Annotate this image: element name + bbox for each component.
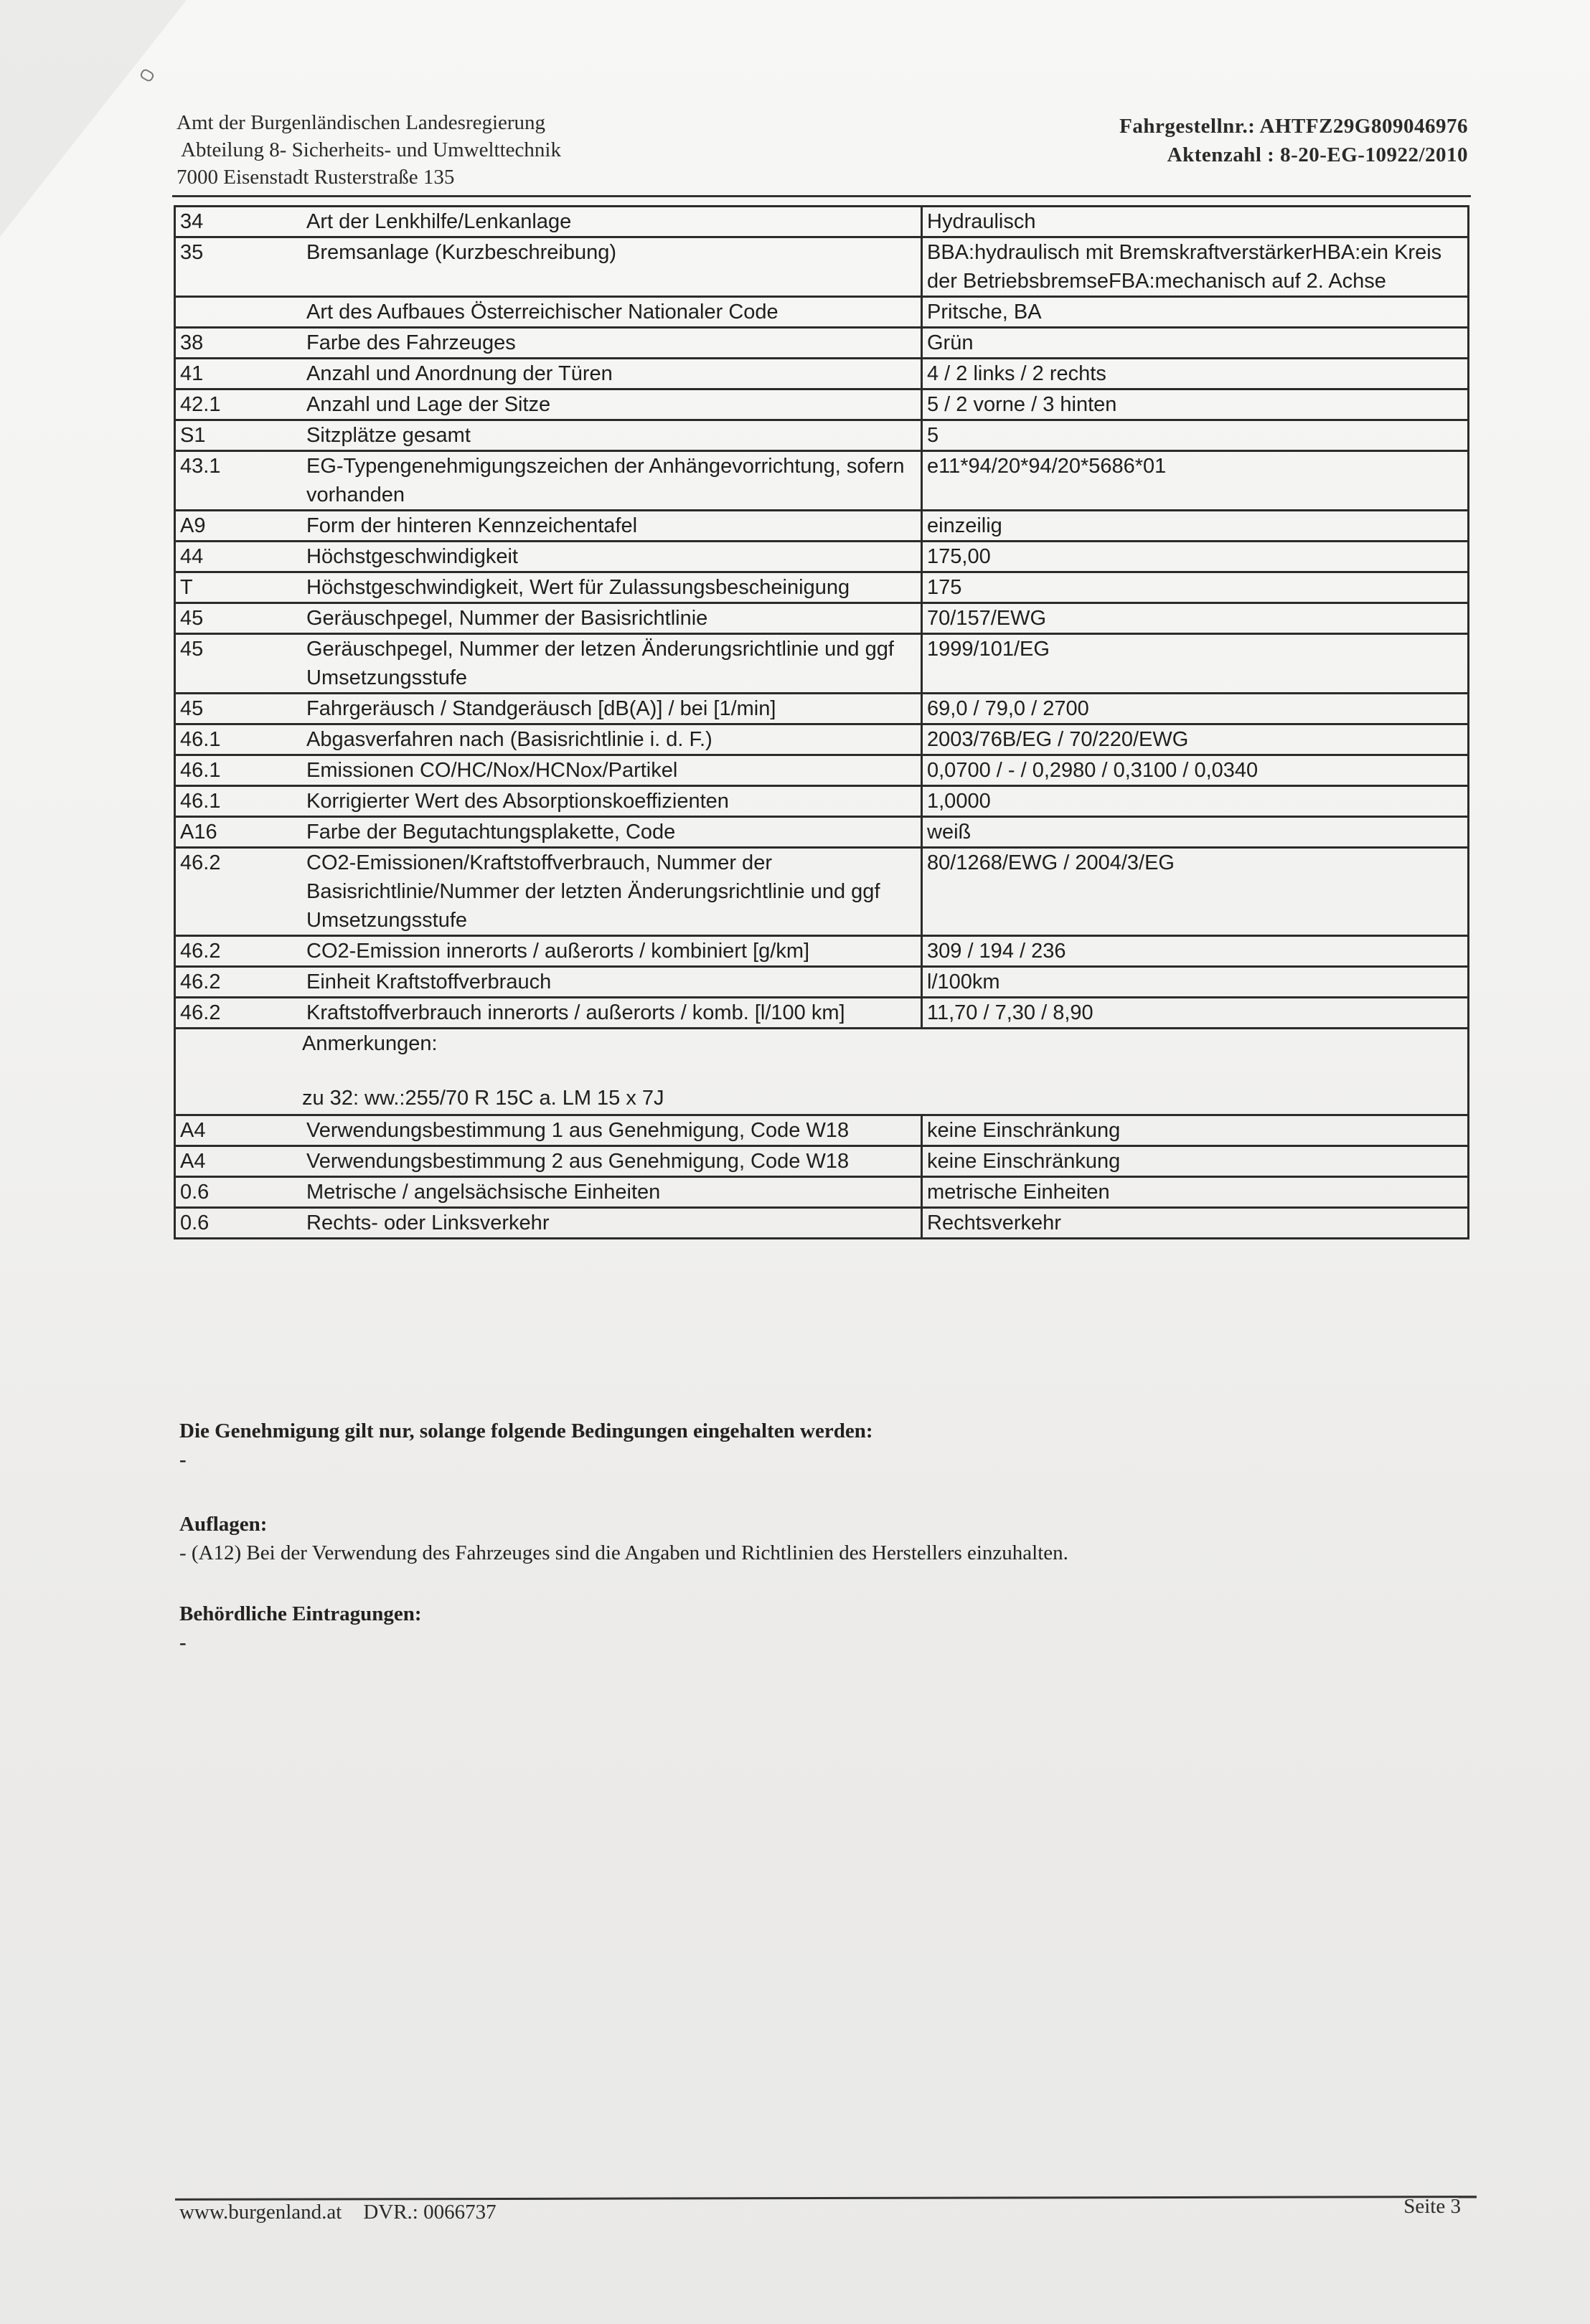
spec-code: 46.1 [175,786,300,817]
spec-rows-after: A4Verwendungsbestimmung 1 aus Genehmigun… [175,1115,1469,1239]
vehicle-spec-table: 34Art der Lenkhilfe/LenkanlageHydraulisc… [174,205,1469,1239]
case-identifiers: Fahrgestellnr.: AHTFZ29G809046976 Aktenz… [1119,112,1468,169]
table-row: 46.1Emissionen CO/HC/Nox/HCNox/Partikel0… [175,755,1469,786]
spec-value: Hydraulisch [922,207,1469,237]
table-row: 46.2CO2-Emissionen/Kraftstoffverbrauch, … [175,848,1469,936]
spec-value: einzeilig [922,511,1469,542]
spec-code: A4 [175,1115,300,1146]
spec-label: Emissionen CO/HC/Nox/HCNox/Partikel [299,755,922,786]
spec-label: Art der Lenkhilfe/Lenkanlage [299,207,922,237]
spec-label: Abgasverfahren nach (Basisrichtlinie i. … [299,724,922,755]
spec-code: 46.2 [175,936,300,967]
spec-label: Höchstgeschwindigkeit, Wert für Zulassun… [299,572,922,603]
conditions-content: - [179,1445,872,1474]
authority-department: Abteilung 8- Sicherheits- und Umwelttech… [177,136,561,164]
spec-code: 42.1 [175,389,300,420]
spec-label: Form der hinteren Kennzeichentafel [299,511,922,542]
table-row: 46.1Abgasverfahren nach (Basisrichtlinie… [175,724,1469,755]
remarks-note: zu 32: ww.:255/70 R 15C a. LM 15 x 7J [302,1084,664,1113]
footer-info: www.burgenland.atDVR.: 0066737 [179,2201,497,2224]
spec-value: keine Einschränkung [922,1146,1469,1177]
spec-code [175,297,300,328]
spec-value: 175,00 [922,542,1469,572]
spec-code: 45 [175,603,300,634]
spec-code: 46.2 [175,998,300,1029]
spec-label: Farbe des Fahrzeuges [299,328,922,359]
spec-label: Höchstgeschwindigkeit [299,542,922,572]
table-row: 42.1Anzahl und Lage der Sitze5 / 2 vorne… [175,389,1469,420]
spec-label: Verwendungsbestimmung 2 aus Genehmigung,… [299,1146,922,1177]
spec-label: CO2-Emissionen/Kraftstoffverbrauch, Numm… [299,848,922,936]
remarks-title: Anmerkungen: [302,1029,1463,1058]
spec-label: Verwendungsbestimmung 1 aus Genehmigung,… [299,1115,922,1146]
spec-code: 35 [175,237,300,297]
spec-code: 46.2 [175,967,300,998]
table-row: 38Farbe des FahrzeugesGrün [175,328,1469,359]
table-row: 45Geräuschpegel, Nummer der Basisrichtli… [175,603,1469,634]
spec-value: 5 [922,420,1469,451]
remarks-cell: Anmerkungen: zu 32: ww.:255/70 R 15C a. … [175,1029,1469,1115]
table-row: A16Farbe der Begutachtungsplakette, Code… [175,817,1469,848]
table-row: A4Verwendungsbestimmung 1 aus Genehmigun… [175,1115,1469,1146]
spec-label: Kraftstoffverbrauch innerorts / außerort… [299,998,922,1029]
table-row: 46.2Einheit Kraftstoffverbrauchl/100km [175,967,1469,998]
spec-label: Fahrgeräusch / Standgeräusch [dB(A)] / b… [299,694,922,724]
table-row: 35Bremsanlage (Kurzbeschreibung)BBA:hydr… [175,237,1469,297]
table-row: Art des Aufbaues Österreichischer Nation… [175,297,1469,328]
spec-value: 175 [922,572,1469,603]
spec-code: 45 [175,634,300,694]
spec-label: Anzahl und Anordnung der Türen [299,359,922,389]
spec-label: CO2-Emission innerorts / außerorts / kom… [299,936,922,967]
spec-value: Pritsche, BA [922,297,1469,328]
spec-rows: 34Art der Lenkhilfe/LenkanlageHydraulisc… [175,207,1469,1029]
requirements-title: Auflagen: [179,1510,1068,1539]
spec-value: metrische Einheiten [922,1177,1469,1208]
official-entries-content: - [179,1628,422,1657]
table-row: THöchstgeschwindigkeit, Wert für Zulassu… [175,572,1469,603]
table-row: 45Geräuschpegel, Nummer der letzen Änder… [175,634,1469,694]
table-row: 0.6Metrische / angelsächsische Einheiten… [175,1177,1469,1208]
spec-value: 309 / 194 / 236 [922,936,1469,967]
spec-label: Geräuschpegel, Nummer der letzen Änderun… [299,634,922,694]
spec-code: 46.1 [175,724,300,755]
spec-label: EG-Typengenehmigungszeichen der Anhängev… [299,451,922,511]
spec-value: 2003/76B/EG / 70/220/EWG [922,724,1469,755]
spec-code: 46.2 [175,848,300,936]
spec-value: 11,70 / 7,30 / 8,90 [922,998,1469,1029]
table-row: A4Verwendungsbestimmung 2 aus Genehmigun… [175,1146,1469,1177]
table-row: S1Sitzplätze gesamt5 [175,420,1469,451]
spec-label: Art des Aufbaues Österreichischer Nation… [299,297,922,328]
spec-value: 70/157/EWG [922,603,1469,634]
spec-value: 80/1268/EWG / 2004/3/EG [922,848,1469,936]
spec-label: Rechts- oder Linksverkehr [299,1208,922,1239]
table-row: 34Art der Lenkhilfe/LenkanlageHydraulisc… [175,207,1469,237]
spec-code: 38 [175,328,300,359]
spec-value: 0,0700 / - / 0,2980 / 0,3100 / 0,0340 [922,755,1469,786]
spec-code: S1 [175,420,300,451]
spec-code: A9 [175,511,300,542]
table-row: 43.1EG-Typengenehmigungszeichen der Anhä… [175,451,1469,511]
spec-label: Sitzplätze gesamt [299,420,922,451]
spec-code: 43.1 [175,451,300,511]
spec-value: Rechtsverkehr [922,1208,1469,1239]
requirements-content: - (A12) Bei der Verwendung des Fahrzeuge… [179,1539,1068,1567]
spec-value: Grün [922,328,1469,359]
table-row: 41Anzahl und Anordnung der Türen4 / 2 li… [175,359,1469,389]
spec-value: BBA:hydraulisch mit Bremskraftverstärker… [922,237,1469,297]
spec-code: A16 [175,817,300,848]
spec-label: Korrigierter Wert des Absorptionskoeffiz… [299,786,922,817]
official-entries-title: Behördliche Eintragungen: [179,1600,422,1628]
table-row: 44Höchstgeschwindigkeit175,00 [175,542,1469,572]
file-number: Aktenzahl : 8-20-EG-10922/2010 [1119,141,1468,169]
table-row: A9Form der hinteren Kennzeichentafeleinz… [175,511,1469,542]
spec-value: 4 / 2 links / 2 rechts [922,359,1469,389]
spec-value: l/100km [922,967,1469,998]
spec-label: Metrische / angelsächsische Einheiten [299,1177,922,1208]
authority-name: Amt der Burgenländischen Landesregierung [177,109,561,136]
remarks-row: Anmerkungen: zu 32: ww.:255/70 R 15C a. … [175,1029,1469,1115]
spec-label: Bremsanlage (Kurzbeschreibung) [299,237,922,297]
spec-label: Anzahl und Lage der Sitze [299,389,922,420]
conditions-section: Die Genehmigung gilt nur, solange folgen… [179,1417,872,1474]
authority-address: Amt der Burgenländischen Landesregierung… [177,109,561,191]
spec-code: 45 [175,694,300,724]
requirements-section: Auflagen: - (A12) Bei der Verwendung des… [179,1510,1068,1567]
header-divider [172,195,1471,197]
spec-code: T [175,572,300,603]
footer-website: www.burgenland.at [179,2201,342,2224]
spec-value: weiß [922,817,1469,848]
spec-label: Einheit Kraftstoffverbrauch [299,967,922,998]
conditions-title: Die Genehmigung gilt nur, solange folgen… [179,1417,872,1445]
page-number: Seite 3 [1403,2195,1461,2219]
spec-code: 41 [175,359,300,389]
spec-code: 44 [175,542,300,572]
table-row: 46.2CO2-Emission innerorts / außerorts /… [175,936,1469,967]
spec-label: Farbe der Begutachtungsplakette, Code [299,817,922,848]
spec-value: 5 / 2 vorne / 3 hinten [922,389,1469,420]
official-entries-section: Behördliche Eintragungen: - [179,1600,422,1657]
spec-code: 46.1 [175,755,300,786]
spec-code: 34 [175,207,300,237]
spec-code: 0.6 [175,1177,300,1208]
table-row: 46.2Kraftstoffverbrauch innerorts / auße… [175,998,1469,1029]
spec-value: e11*94/20*94/20*5686*01 [922,451,1469,511]
spec-value: keine Einschränkung [922,1115,1469,1146]
chassis-number: Fahrgestellnr.: AHTFZ29G809046976 [1119,112,1468,141]
spec-value: 69,0 / 79,0 / 2700 [922,694,1469,724]
spec-label: Geräuschpegel, Nummer der Basisrichtlini… [299,603,922,634]
authority-street: 7000 Eisenstadt Rusterstraße 135 [177,164,561,191]
table-row: 46.1Korrigierter Wert des Absorptionskoe… [175,786,1469,817]
spec-value: 1,0000 [922,786,1469,817]
spec-value: 1999/101/EG [922,634,1469,694]
table-row: 0.6Rechts- oder LinksverkehrRechtsverkeh… [175,1208,1469,1239]
table-row: 45Fahrgeräusch / Standgeräusch [dB(A)] /… [175,694,1469,724]
footer-dvr: DVR.: 0066737 [363,2201,496,2224]
folded-corner [0,0,187,237]
spec-code: A4 [175,1146,300,1177]
spec-code: 0.6 [175,1208,300,1239]
